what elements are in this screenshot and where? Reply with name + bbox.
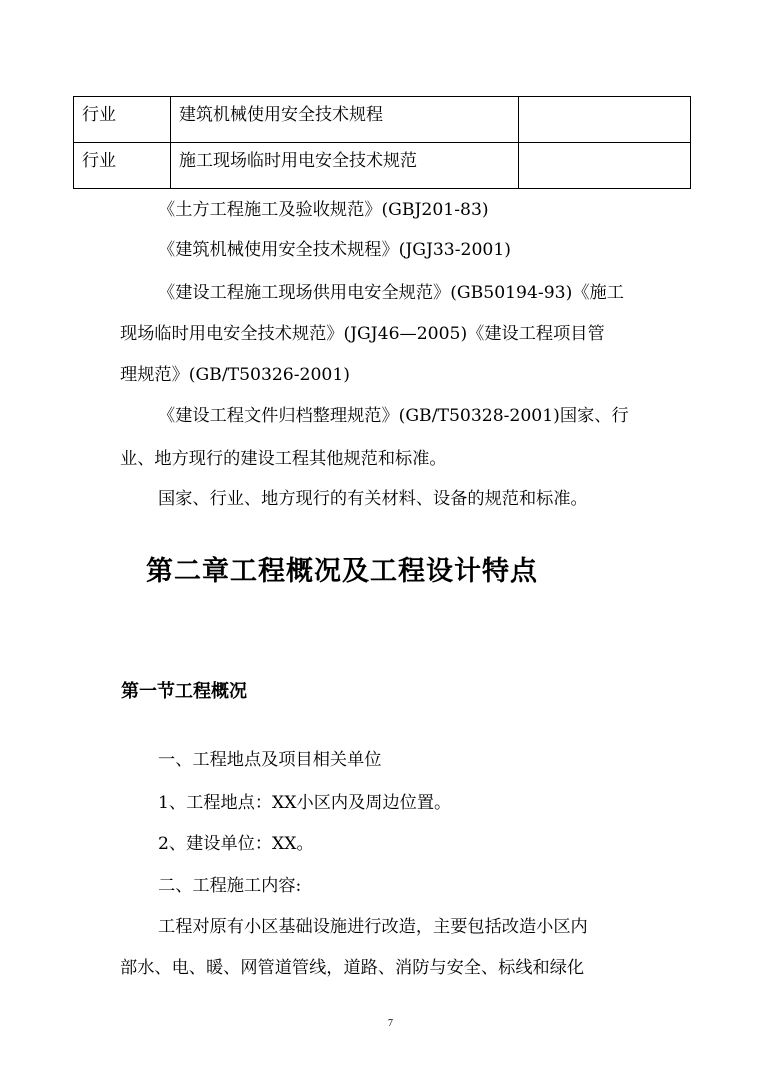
subheading-location: 一、工程地点及项目相关单位 xyxy=(158,750,381,770)
table-cell-name: 施工现场临时用电安全技术规范 xyxy=(171,143,519,189)
subheading-scope: 二、工程施工内容: xyxy=(158,876,301,896)
paragraph-machinery-standard: 《建筑机械使用安全技术规程》(JGJ33-2001) xyxy=(158,240,511,260)
chapter-title: 第二章工程概况及工程设计特点 xyxy=(146,556,538,588)
paragraph-scope-line2: 部水、电、暖、网管道管线，道路、消防与安全、标线和绿化 xyxy=(120,958,584,978)
paragraph-power-standard-line3: 理规范》(GB/T50326-2001) xyxy=(120,365,350,385)
document-page: 行业 建筑机械使用安全技术规程 行业 施工现场临时用电安全技术规范 《土方工程施… xyxy=(0,0,762,1078)
list-item-owner: 2、建设单位：XX。 xyxy=(158,834,314,854)
paragraph-power-standard-line2: 现场临时用电安全技术规范》(JGJ46—2005)《建设工程项目管 xyxy=(120,324,605,344)
table-cell-category: 行业 xyxy=(74,97,171,143)
table-cell-code xyxy=(519,143,691,189)
page-number: 7 xyxy=(388,1018,393,1030)
paragraph-power-standard-line1: 《建设工程施工现场供用电安全规范》(GB50194-93)《施工 xyxy=(158,283,624,303)
table-cell-code xyxy=(519,97,691,143)
table-row: 行业 施工现场临时用电安全技术规范 xyxy=(74,143,691,189)
paragraph-earthwork-standard: 《土方工程施工及验收规范》(GBJ201-83) xyxy=(158,200,489,220)
paragraph-materials-standard: 国家、行业、地方现行的有关材料、设备的规范和标准。 xyxy=(158,489,588,509)
standards-table: 行业 建筑机械使用安全技术规程 行业 施工现场临时用电安全技术规范 xyxy=(73,96,691,189)
table-row: 行业 建筑机械使用安全技术规程 xyxy=(74,97,691,143)
paragraph-archive-standard-line1: 《建设工程文件归档整理规范》(GB/T50328-2001)国家、行 xyxy=(158,406,629,426)
paragraph-scope-line1: 工程对原有小区基础设施进行改造，主要包括改造小区内 xyxy=(158,917,588,937)
paragraph-archive-standard-line2: 业、地方现行的建设工程其他规范和标准。 xyxy=(120,449,447,469)
table-cell-category: 行业 xyxy=(74,143,171,189)
list-item-location: 1、工程地点：XX小区内及周边位置。 xyxy=(158,793,451,813)
section-title: 第一节工程概况 xyxy=(121,681,247,703)
table-cell-name: 建筑机械使用安全技术规程 xyxy=(171,97,519,143)
